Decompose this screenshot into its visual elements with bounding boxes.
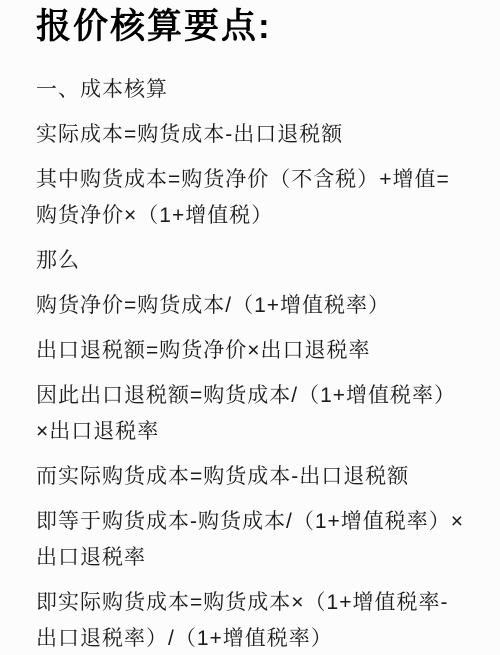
connector-then: 那么 <box>36 243 468 279</box>
section-heading: 一、成本核算 <box>36 72 468 108</box>
formula-net-purchase-price: 购货净价=购货成本/（1+增值税率） <box>36 288 468 324</box>
formula-final-actual-purchase-cost: 即实际购货成本=购货成本×（1+增值税率-出口退税率）/（1+增值税率） <box>36 585 468 655</box>
page-title: 报价核算要点: <box>36 6 468 48</box>
formula-export-tax-rebate-amount: 出口退税额=购货净价×出口退税率 <box>36 333 468 369</box>
formula-purchase-cost: 其中购货成本=购货净价（不含税）+增值=购货净价×（1+增值税） <box>36 162 468 234</box>
document-page: 报价核算要点: 一、成本核算 实际成本=购货成本-出口退税额 其中购货成本=购货… <box>0 0 500 655</box>
document-page-body: { "doc": { "title": "报价核算要点:", "section_… <box>0 0 500 655</box>
formula-therefore-rebate-amount: 因此出口退税额=购货成本/（1+增值税率）×出口退税率 <box>36 378 468 450</box>
formula-actual-cost: 实际成本=购货成本-出口退税额 <box>36 117 468 153</box>
formula-actual-purchase-cost: 而实际购货成本=购货成本-出口退税额 <box>36 459 468 495</box>
formula-equals-expansion: 即等于购货成本-购货成本/（1+增值税率）×出口退税率 <box>36 504 468 576</box>
